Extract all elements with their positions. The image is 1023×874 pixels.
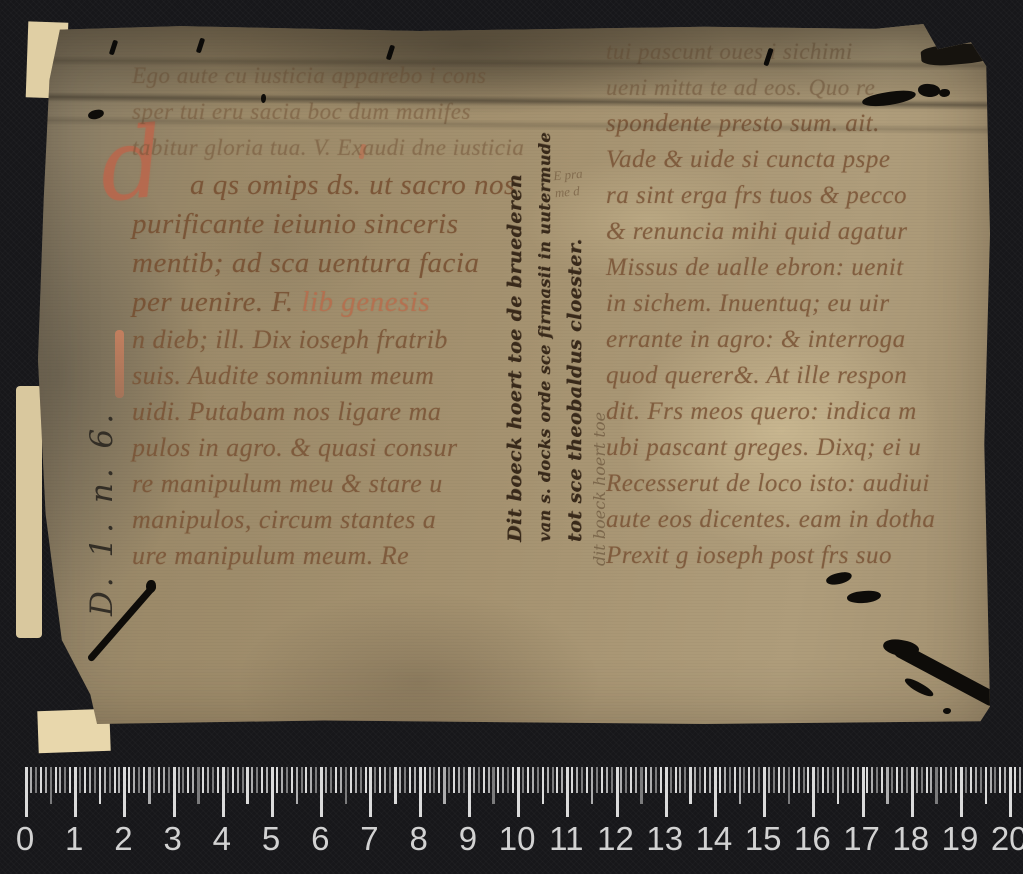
ruler-tick [261,767,263,793]
ruler-tick [45,767,47,793]
ruler-tick [1019,767,1021,793]
ruler-tick [586,767,588,793]
ruler-tick [286,767,288,793]
ruler-tick [89,767,91,793]
ruler-tick [532,767,534,793]
ruler-number: 15 [745,820,782,858]
ruler-tick [74,767,77,817]
ruler-tick [414,767,416,793]
ruler-tick [921,767,923,793]
ruler-tick [990,767,992,793]
ruler-tick [473,767,475,793]
text-line: Vade & uide si cuncta pspe [606,142,1006,178]
ruler-tick [458,767,460,793]
ruler-tick [394,767,397,804]
ink-blot [847,590,882,604]
ruler-tick [625,767,627,793]
ruler-tick [389,767,391,793]
ruler-tick [650,767,652,793]
ruler-tick [276,767,278,793]
text-line: ure manipulum meum. Re [132,538,572,574]
ruler-number: 6 [311,820,329,858]
ruler-tick [379,767,381,793]
ink-blot [146,580,156,593]
text-line: ubi pascant greges. Dixq; ei u [606,430,1006,466]
ruler-tick [561,767,563,793]
ruler-tick [911,767,914,817]
ruler-tick [606,767,608,793]
ruler-tick [832,767,834,793]
ruler-tick [739,767,742,804]
ruler-tick [527,767,529,793]
ruler-number: 17 [843,820,880,858]
ruler-tick [153,767,155,793]
ruler-tick [670,767,672,793]
ruler-tick [827,767,829,793]
ruler-number: 9 [459,820,477,858]
ruler-tick [320,767,323,817]
ruler-tick [429,767,431,793]
ruler-tick [301,767,303,793]
ruler-tick [345,767,348,804]
ruler-tick [803,767,805,793]
ruler-tick [901,767,903,793]
ruler-tick [104,767,106,793]
ruler-tick [645,767,647,793]
ruler-tick [369,767,372,817]
ruler-number: 0 [16,820,34,858]
ruler-tick [114,767,116,793]
ruler-tick [1004,767,1006,793]
ruler-tick [148,767,151,804]
ruler-tick [497,767,499,793]
ruler-tick [552,767,554,793]
ruler-tick [217,767,219,793]
ownership-inscription-faint: dit boeck hoert toe [590,294,612,566]
ruler-tick [891,767,893,793]
ruler-tick [596,767,598,793]
ruler-tick [315,767,317,793]
text-line: ra sint erga frs tuos & pecco [606,178,1006,214]
manuscript-photo: d Ego aute cu iusticia apparebo i conssp… [0,0,1023,874]
ruler-tick [227,767,229,793]
ink-blot [943,708,951,714]
ruler-tick [807,767,809,793]
ruler-tick [679,767,681,793]
ownership-line: tot sce theobaldus cloester. [560,156,590,542]
ruler-tick [758,767,760,793]
ruler-tick [852,767,854,793]
ruler-tick [360,767,362,793]
ruler-tick [1009,767,1012,817]
ruler-tick [778,767,780,793]
ruler: 01234567891011121314151617181920 [0,762,1023,874]
ruler-tick [138,767,140,793]
ruler-tick [689,767,692,804]
ownership-line: Dit boeck hoert toe de bruederen [500,156,530,542]
ruler-tick [340,767,342,793]
ruler-tick [281,767,283,793]
ruler-tick [163,767,165,793]
ruler-tick [655,767,657,793]
ruler-tick [271,767,274,817]
text-line: sper tui eru sacia boc dum manifes [132,94,572,130]
text-line: aute eos dicentes. eam in dotha [606,502,1006,538]
ruler-tick [714,767,717,817]
ruler-tick [133,767,135,793]
ruler-tick [109,767,111,793]
ruler-tick [192,767,194,793]
parchment: d Ego aute cu iusticia apparebo i conssp… [38,24,990,724]
ruler-tick [296,767,299,804]
ownership-line: van s. docks orde sce firmasii in uuterm… [530,156,560,542]
ruler-tick [793,767,795,793]
ruler-tick [591,767,594,804]
text-line: in sichem. Inuentuq; eu uir [606,286,1006,322]
ruler-tick [256,767,258,793]
ruler-tick [507,767,509,793]
ruler-tick [197,767,200,804]
ruler-tick [611,767,613,793]
ruler-number: 10 [499,820,536,858]
ruler-tick [483,767,485,793]
ruler-tick [994,767,996,793]
text-line: spondente presto sum. ait. [606,106,1006,142]
ruler-tick [232,767,234,793]
ruler-tick [724,767,726,793]
ruler-tick [926,767,928,793]
ruler-number: 20 [991,820,1023,858]
ruler-tick [694,767,696,793]
ruler-tick [79,767,81,793]
ruler-tick [94,767,96,793]
ruler-tick [729,767,731,793]
ink-blot [903,676,935,700]
ruler-tick [556,767,558,793]
ruler-tick [178,767,180,793]
ruler-tick [576,767,578,793]
ruler-tick [438,767,440,793]
ruler-tick [202,767,204,793]
ruler-tick [207,767,209,793]
right-text-column: tui pascunt oues i sichimiueni mitta te … [606,34,1006,574]
ruler-tick [763,767,766,817]
ruler-tick [409,767,411,793]
text-line: dit. Frs meos quero: indica m [606,394,1006,430]
ruler-tick [635,767,637,793]
ruler-tick [842,767,844,793]
ruler-tick [64,767,66,793]
ruler-tick [788,767,791,804]
ruler-tick [734,767,736,793]
ruler-tick [30,767,32,793]
ruler-number: 13 [646,820,683,858]
ruler-tick [158,767,160,793]
ruler-number: 3 [163,820,181,858]
ruler-tick [374,767,376,793]
ruler-tick [212,767,214,793]
text-line: Missus de ualle ebron: uenit [606,250,1006,286]
ruler-tick [965,767,967,793]
ruler-tick [59,767,61,793]
ruler-tick [581,767,583,793]
ruler-tick [748,767,750,793]
ruler-tick [985,767,988,804]
ruler-number: 1 [65,820,83,858]
ruler-tick [930,767,932,793]
ruler-tick [242,767,244,793]
ruler-tick [399,767,401,793]
ruler-tick [537,767,539,793]
ruler-tick [246,767,249,804]
ruler-tick [955,767,957,793]
ruler-tick [143,767,145,793]
ruler-tick [881,767,883,793]
ruler-tick [896,767,898,793]
ruler-tick [699,767,701,793]
ruler-tick [478,767,480,793]
ruler-tick [980,767,982,793]
ruler-tick [916,767,918,793]
ruler-tick [768,767,770,793]
ruler-tick [970,767,972,793]
ruler-tick [847,767,849,793]
ruler-tick [675,767,677,793]
ruler-tick [84,767,86,793]
text-line: & renuncia mihi quid agatur [606,214,1006,250]
ruler-number: 14 [696,820,733,858]
ruler-tick [266,767,268,793]
ruler-tick [173,767,176,817]
ruler-tick [40,767,42,793]
ruler-tick [866,767,868,793]
ruler-tick [783,767,785,793]
ruler-tick [118,767,120,793]
ruler-number: 2 [114,820,132,858]
ruler-tick [305,767,307,793]
ruler-tick [620,767,622,793]
shelfmark-note: D. 1. n. 6. [84,340,144,616]
text-line: Recesserut de loco isto: audiui [606,466,1006,502]
ruler-tick [522,767,524,793]
ruler-tick [817,767,819,793]
ruler-tick [665,767,668,817]
ruler-tick [950,767,952,793]
ruler-tick [502,767,504,793]
ruler-tick [547,767,549,793]
ruler-number: 19 [942,820,979,858]
ruler-tick [753,767,755,793]
ruler-tick [25,767,28,817]
ruler-tick [365,767,367,793]
ruler-tick [640,767,643,804]
ruler-tick [857,767,859,793]
ruler-tick [709,767,711,793]
ruler-number: 5 [262,820,280,858]
ruler-tick [492,767,495,804]
text-line: quod querer&. At ille respon [606,358,1006,394]
ruler-tick [384,767,386,793]
ruler-tick [975,767,977,793]
ruler-tick [871,767,873,793]
ruler-tick [960,767,963,817]
ruler-tick [822,767,824,793]
ruler-tick [463,767,465,793]
ruler-tick [187,767,189,793]
ruler-number: 16 [794,820,831,858]
ruler-tick [69,767,71,793]
ruler-tick [876,767,878,793]
ruler-number: 12 [597,820,634,858]
ruler-tick [601,767,603,793]
ruler-tick [251,767,253,793]
text-line: Prexit g ioseph post frs suo [606,538,1006,574]
ruler-tick [123,767,126,817]
ruler-tick [935,767,938,804]
ruler-tick [837,767,840,804]
ruler-tick [433,767,435,793]
text-line: errante in agro: & interroga [606,322,1006,358]
ruler-tick [424,767,426,793]
ruler-number: 8 [409,820,427,858]
ruler-tick [862,767,865,817]
sewing-hole [196,38,205,54]
ruler-tick [404,767,406,793]
ruler-tick [660,767,662,793]
ruler-tick [999,767,1001,793]
ruler-tick [222,767,225,817]
ruler-tick [50,767,53,804]
ruler-tick [571,767,573,793]
text-line: ueni mitta te ad eos. Quo re [606,70,1006,106]
ruler-tick [704,767,706,793]
sewing-hole [109,40,118,56]
ruler-tick [35,767,37,793]
ruler-number: 18 [892,820,929,858]
ruler-number: 11 [549,820,583,858]
ruler-tick [566,767,569,817]
ruler-tick [330,767,332,793]
text-line: Ego aute cu iusticia apparebo i cons [132,58,572,94]
ruler-tick [517,767,520,817]
ruler-number: 4 [213,820,231,858]
ruler-tick [886,767,889,804]
ruler-tick [719,767,721,793]
ruler-tick [512,767,514,793]
ruler-tick [684,767,686,793]
ruler-tick [616,767,619,817]
ruler-tick [419,767,422,817]
ruler-tick [443,767,446,804]
ruler-tick [448,767,450,793]
ruler-tick [488,767,490,793]
ruler-tick [237,767,239,793]
ruler-tick [128,767,130,793]
ruler-tick [798,767,800,793]
ruler-tick [773,767,775,793]
ruler-tick [1014,767,1016,793]
ruler-tick [812,767,815,817]
ruler-tick [291,767,293,793]
ruler-tick [940,767,942,793]
ruler-tick [468,767,471,817]
ruler-tick [542,767,545,804]
ruler-tick [335,767,337,793]
ruler-tick [453,767,455,793]
ruler-tick [55,767,57,793]
ruler-tick [906,767,908,793]
paper-stub [16,386,42,638]
ruler-tick [945,767,947,793]
ownership-inscription: Dit boeck hoert toe de bruederenvan s. d… [500,156,600,542]
ruler-tick [182,767,184,793]
ruler-tick [355,767,357,793]
ruler-tick [99,767,102,804]
ruler-tick [325,767,327,793]
ruler-tick [630,767,632,793]
ruler-tick [168,767,170,793]
ruler-number: 7 [360,820,378,858]
ruler-tick [310,767,312,793]
ruler-tick [350,767,352,793]
ruler-tick [743,767,745,793]
